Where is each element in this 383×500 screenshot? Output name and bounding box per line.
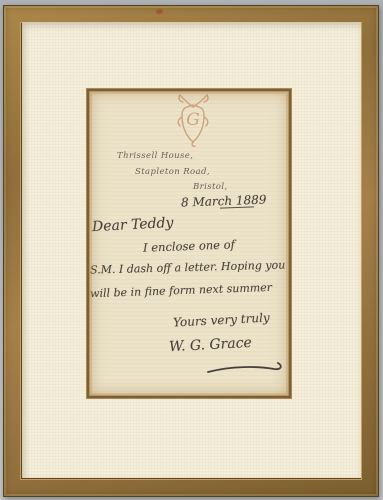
framed-letter-photo: G Thrissell House, Stapleton Road, Brist… xyxy=(0,0,383,500)
wg-crest-monogram-icon: G xyxy=(175,93,212,148)
frame-blemish xyxy=(156,9,163,14)
monogram-letter: G xyxy=(186,110,200,130)
body-line-3: will be in fine form next summer xyxy=(90,281,272,300)
date-underline-stroke xyxy=(220,206,254,208)
signature-flourish xyxy=(206,361,286,377)
letterhead-road: Stapleton Road, xyxy=(135,167,210,177)
body-line-1: I enclose one of xyxy=(143,237,235,254)
letter-paper: G Thrissell House, Stapleton Road, Brist… xyxy=(87,89,291,398)
letterhead-house: Thrissell House, xyxy=(117,151,193,161)
salutation: Dear Teddy xyxy=(92,215,174,235)
body-line-2: S.M. I dash off a letter. Hoping you xyxy=(90,258,286,276)
letterhead-city: Bristol, xyxy=(193,182,228,192)
signature: W. G. Grace xyxy=(169,335,253,355)
closing-line: Yours very truly xyxy=(173,310,270,329)
